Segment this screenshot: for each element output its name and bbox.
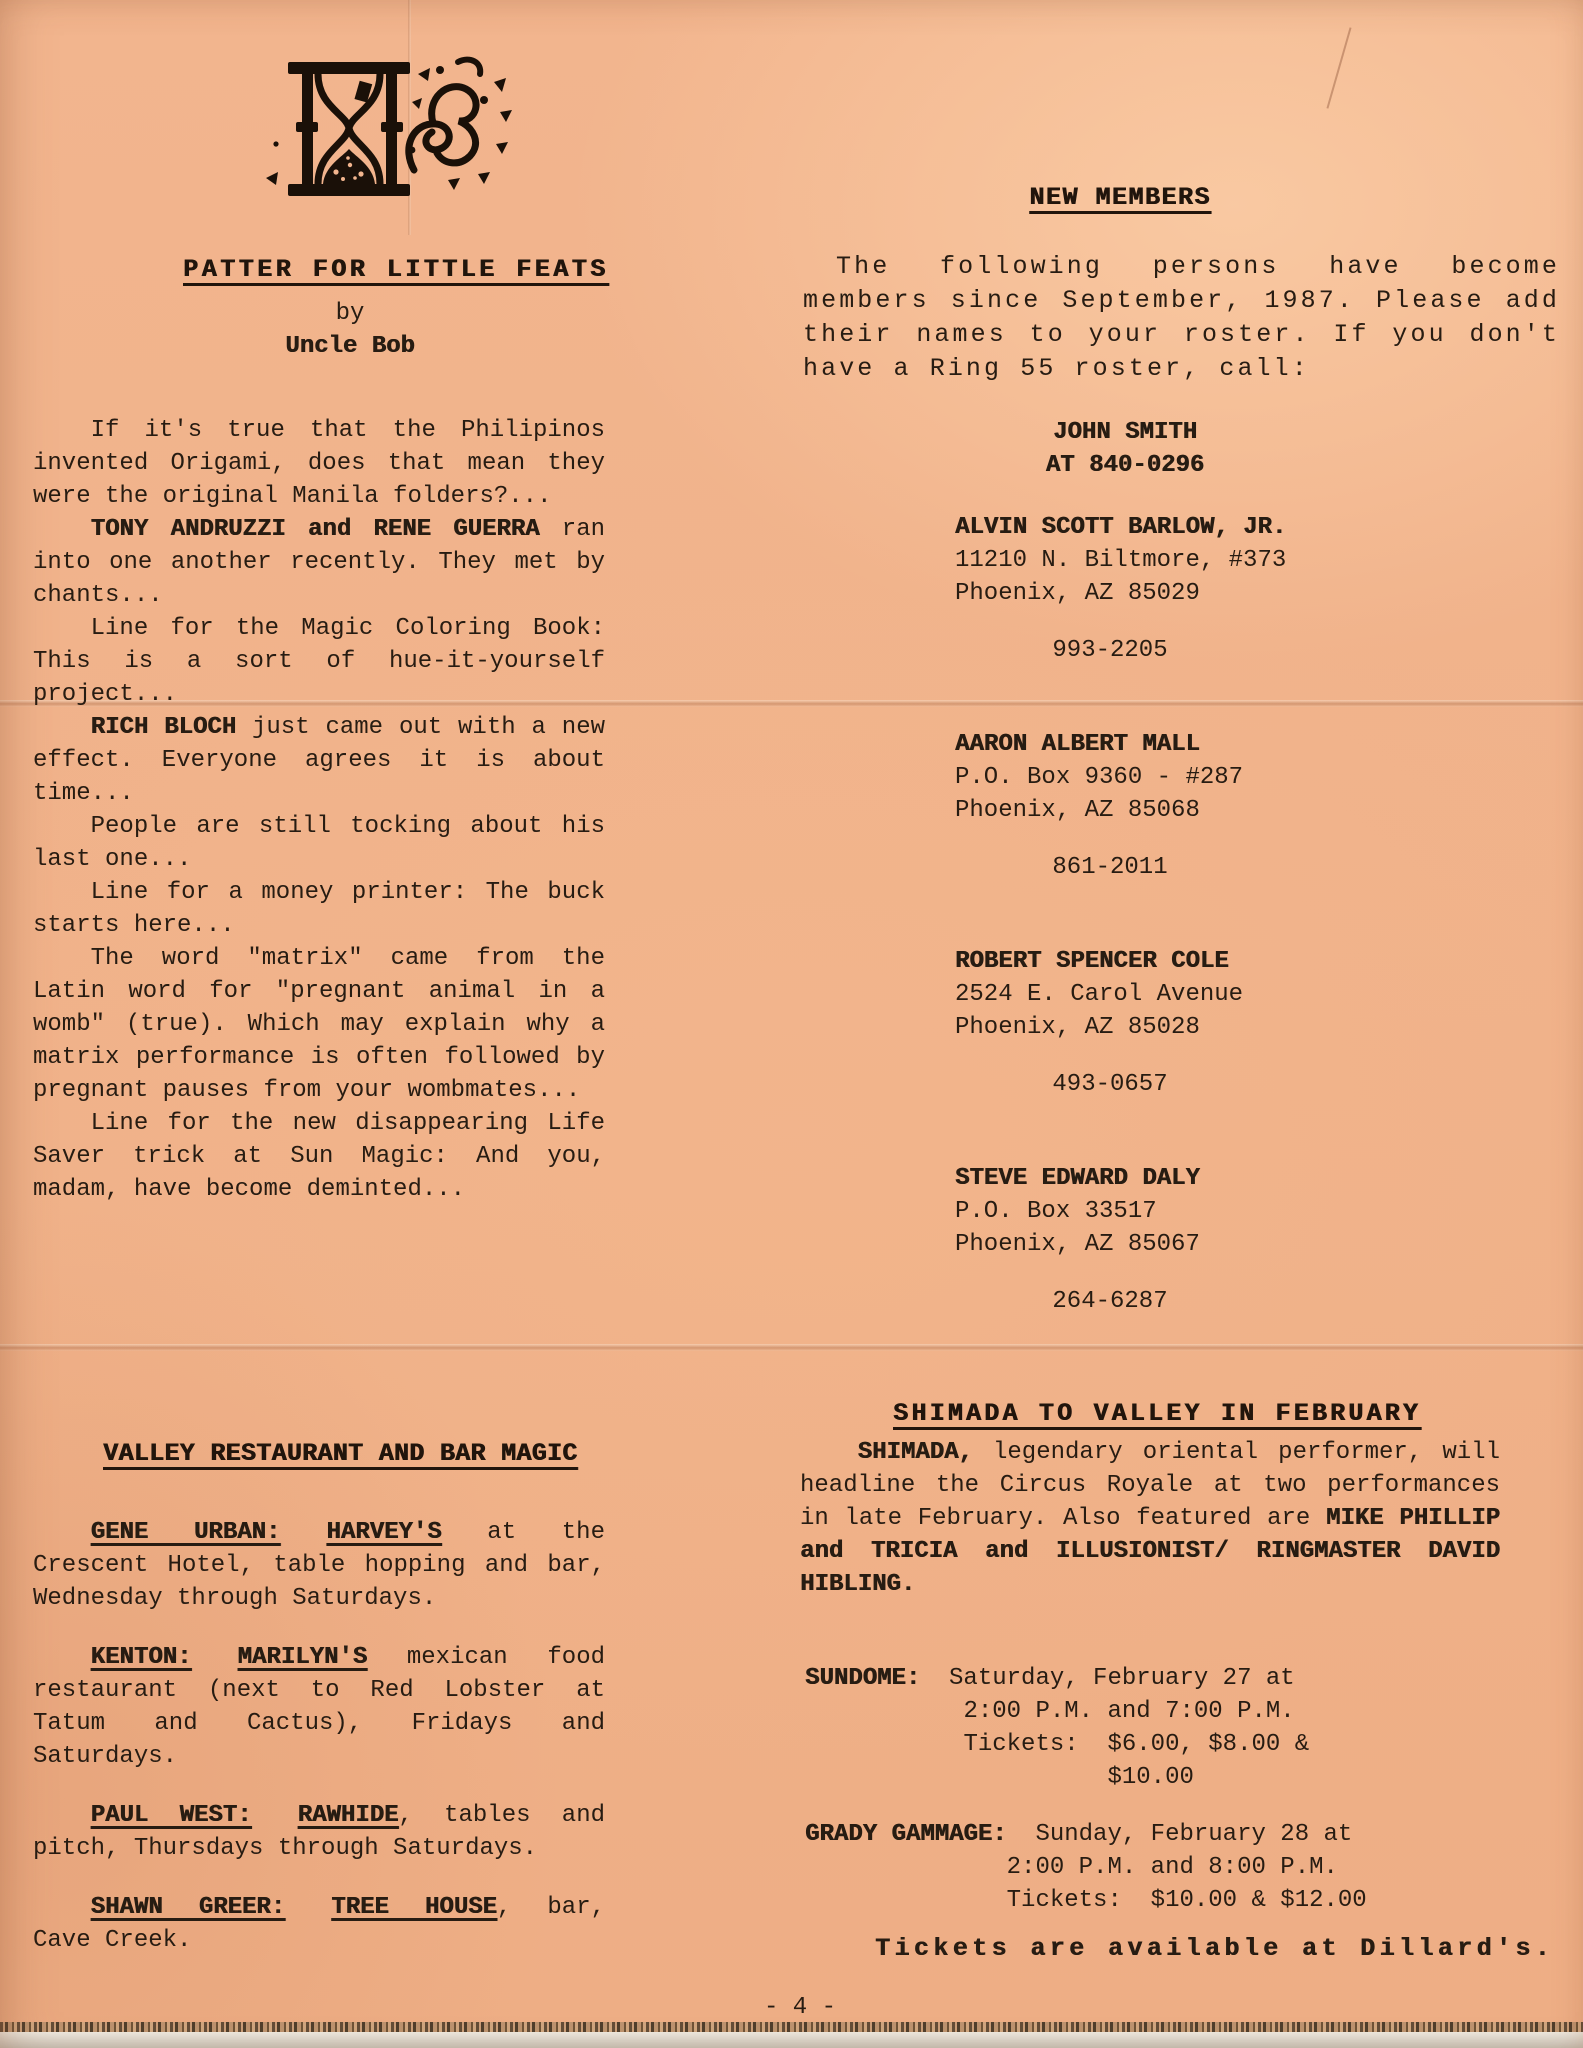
tickets-note: Tickets are available at Dillard's. bbox=[875, 1934, 1554, 1963]
member-phone: 493-0657 bbox=[955, 1068, 1265, 1101]
member-entry: ROBERT SPENCER COLE2524 E. Carol AvenueP… bbox=[955, 945, 1286, 1101]
text-segment: RAWHIDE bbox=[298, 1802, 399, 1829]
text-segment: If it's true that the Philipinos invente… bbox=[33, 417, 605, 510]
member-address: P.O. Box 33517 bbox=[955, 1195, 1286, 1228]
page-number: - 4 - bbox=[700, 1994, 900, 2021]
patter-paragraph: Line for the new disappearing Life Saver… bbox=[33, 1107, 605, 1206]
member-entry: STEVE EDWARD DALYP.O. Box 33517Phoenix, … bbox=[955, 1162, 1286, 1318]
text-segment: Line for a money printer: The buck start… bbox=[33, 879, 605, 939]
member-address: P.O. Box 9360 - #287 bbox=[955, 761, 1286, 794]
patter-paragraph: Line for the Magic Coloring Book: This i… bbox=[33, 612, 605, 711]
patter-paragraph: The word "matrix" came from the Latin wo… bbox=[33, 942, 605, 1107]
patter-title: PATTER FOR LITTLE FEATS bbox=[183, 255, 609, 284]
text-segment: TONY ANDRUZZI and RENE GUERRA bbox=[91, 516, 540, 543]
text-segment: TREE HOUSE bbox=[331, 1894, 497, 1921]
venue-entry: GENE URBAN:HARVEY'S at the Crescent Hote… bbox=[33, 1516, 605, 1615]
patter-body: If it's true that the Philipinos invente… bbox=[33, 414, 605, 1206]
byline-by: by bbox=[140, 297, 560, 330]
contact-phone: AT 840-0296 bbox=[805, 449, 1445, 482]
member-entry: ALVIN SCOTT BARLOW, JR.11210 N. Biltmore… bbox=[955, 511, 1286, 667]
member-phone: 264-6287 bbox=[955, 1285, 1265, 1318]
member-name: ROBERT SPENCER COLE bbox=[955, 945, 1286, 978]
text-segment: GENE URBAN: bbox=[91, 1519, 281, 1546]
patter-paragraph: If it's true that the Philipinos invente… bbox=[33, 414, 605, 513]
new-members-title: NEW MEMBERS bbox=[810, 183, 1430, 212]
valley-body: GENE URBAN:HARVEY'S at the Crescent Hote… bbox=[33, 1516, 605, 1983]
member-address: Phoenix, AZ 85067 bbox=[955, 1228, 1286, 1261]
event-entry: GRADY GAMMAGE: Sunday, February 28 at 2:… bbox=[805, 1818, 1525, 1917]
event-venue: GRADY GAMMAGE: bbox=[805, 1821, 1007, 1848]
scan-scratch bbox=[1326, 27, 1351, 108]
scan-background bbox=[0, 2032, 1583, 2048]
valley-title: VALLEY RESTAURANT AND BAR MAGIC bbox=[103, 1439, 577, 1468]
text-segment: MARILYN'S bbox=[238, 1644, 368, 1671]
patter-paragraph: TONY ANDRUZZI and RENE GUERRA ran into o… bbox=[33, 513, 605, 612]
shimada-paragraph: SHIMADA, legendary oriental performer, w… bbox=[800, 1436, 1500, 1601]
byline-author: Uncle Bob bbox=[140, 330, 560, 363]
member-address: 2524 E. Carol Avenue bbox=[955, 978, 1286, 1011]
member-address: Phoenix, AZ 85029 bbox=[955, 577, 1286, 610]
contact-block: JOHN SMITH AT 840-0296 bbox=[805, 416, 1445, 482]
member-phone: 861-2011 bbox=[955, 851, 1265, 884]
venue-entry: SHAWN GREER:TREE HOUSE, bar, Cave Creek. bbox=[33, 1891, 605, 1957]
text-segment: KENTON: bbox=[91, 1644, 192, 1671]
text-segment: PAUL WEST: bbox=[91, 1802, 252, 1829]
text-segment: People are still tocking about his last … bbox=[33, 813, 605, 873]
byline: by Uncle Bob bbox=[140, 297, 560, 363]
text-segment: SHIMADA, bbox=[858, 1439, 973, 1466]
text-segment: HARVEY'S bbox=[326, 1519, 441, 1546]
contact-name: JOHN SMITH bbox=[805, 416, 1445, 449]
shimada-title: SHIMADA TO VALLEY IN FEBRUARY bbox=[893, 1399, 1421, 1428]
patter-paragraph: Line for a money printer: The buck start… bbox=[33, 876, 605, 942]
hourglass-icon bbox=[262, 52, 514, 215]
event-list: SUNDOME: Saturday, February 27 at 2:00 P… bbox=[805, 1662, 1525, 1941]
text-segment: Line for the Magic Coloring Book: This i… bbox=[33, 615, 605, 708]
member-entry: AARON ALBERT MALLP.O. Box 9360 - #287Pho… bbox=[955, 728, 1286, 884]
text-segment: The word "matrix" came from the Latin wo… bbox=[33, 945, 605, 1104]
event-entry: SUNDOME: Saturday, February 27 at 2:00 P… bbox=[805, 1662, 1525, 1794]
venue-entry: KENTON:MARILYN'S mexican food restaurant… bbox=[33, 1641, 605, 1773]
venue-entry: PAUL WEST:RAWHIDE, tables and pitch, Thu… bbox=[33, 1799, 605, 1865]
event-venue: SUNDOME: bbox=[805, 1665, 920, 1692]
text-segment: SHAWN GREER: bbox=[91, 1894, 286, 1921]
patter-paragraph: People are still tocking about his last … bbox=[33, 810, 605, 876]
new-members-intro: The following persons have become member… bbox=[803, 250, 1560, 386]
text-segment: Line for the new disappearing Life Saver… bbox=[33, 1110, 605, 1203]
patter-paragraph: RICH BLOCH just came out with a new effe… bbox=[33, 711, 605, 810]
member-name: AARON ALBERT MALL bbox=[955, 728, 1286, 761]
member-name: STEVE EDWARD DALY bbox=[955, 1162, 1286, 1195]
member-name: ALVIN SCOTT BARLOW, JR. bbox=[955, 511, 1286, 544]
shimada-paragraph-container: SHIMADA, legendary oriental performer, w… bbox=[800, 1436, 1500, 1601]
fold-crease bbox=[0, 1344, 1583, 1351]
member-phone: 993-2205 bbox=[955, 634, 1265, 667]
member-address: 11210 N. Biltmore, #373 bbox=[955, 544, 1286, 577]
newsletter-page: PATTER FOR LITTLE FEATS by Uncle Bob If … bbox=[0, 0, 1583, 2048]
member-address: Phoenix, AZ 85028 bbox=[955, 1011, 1286, 1044]
member-list: ALVIN SCOTT BARLOW, JR.11210 N. Biltmore… bbox=[955, 511, 1286, 1379]
text-segment: RICH BLOCH bbox=[91, 714, 237, 741]
member-address: Phoenix, AZ 85068 bbox=[955, 794, 1286, 827]
